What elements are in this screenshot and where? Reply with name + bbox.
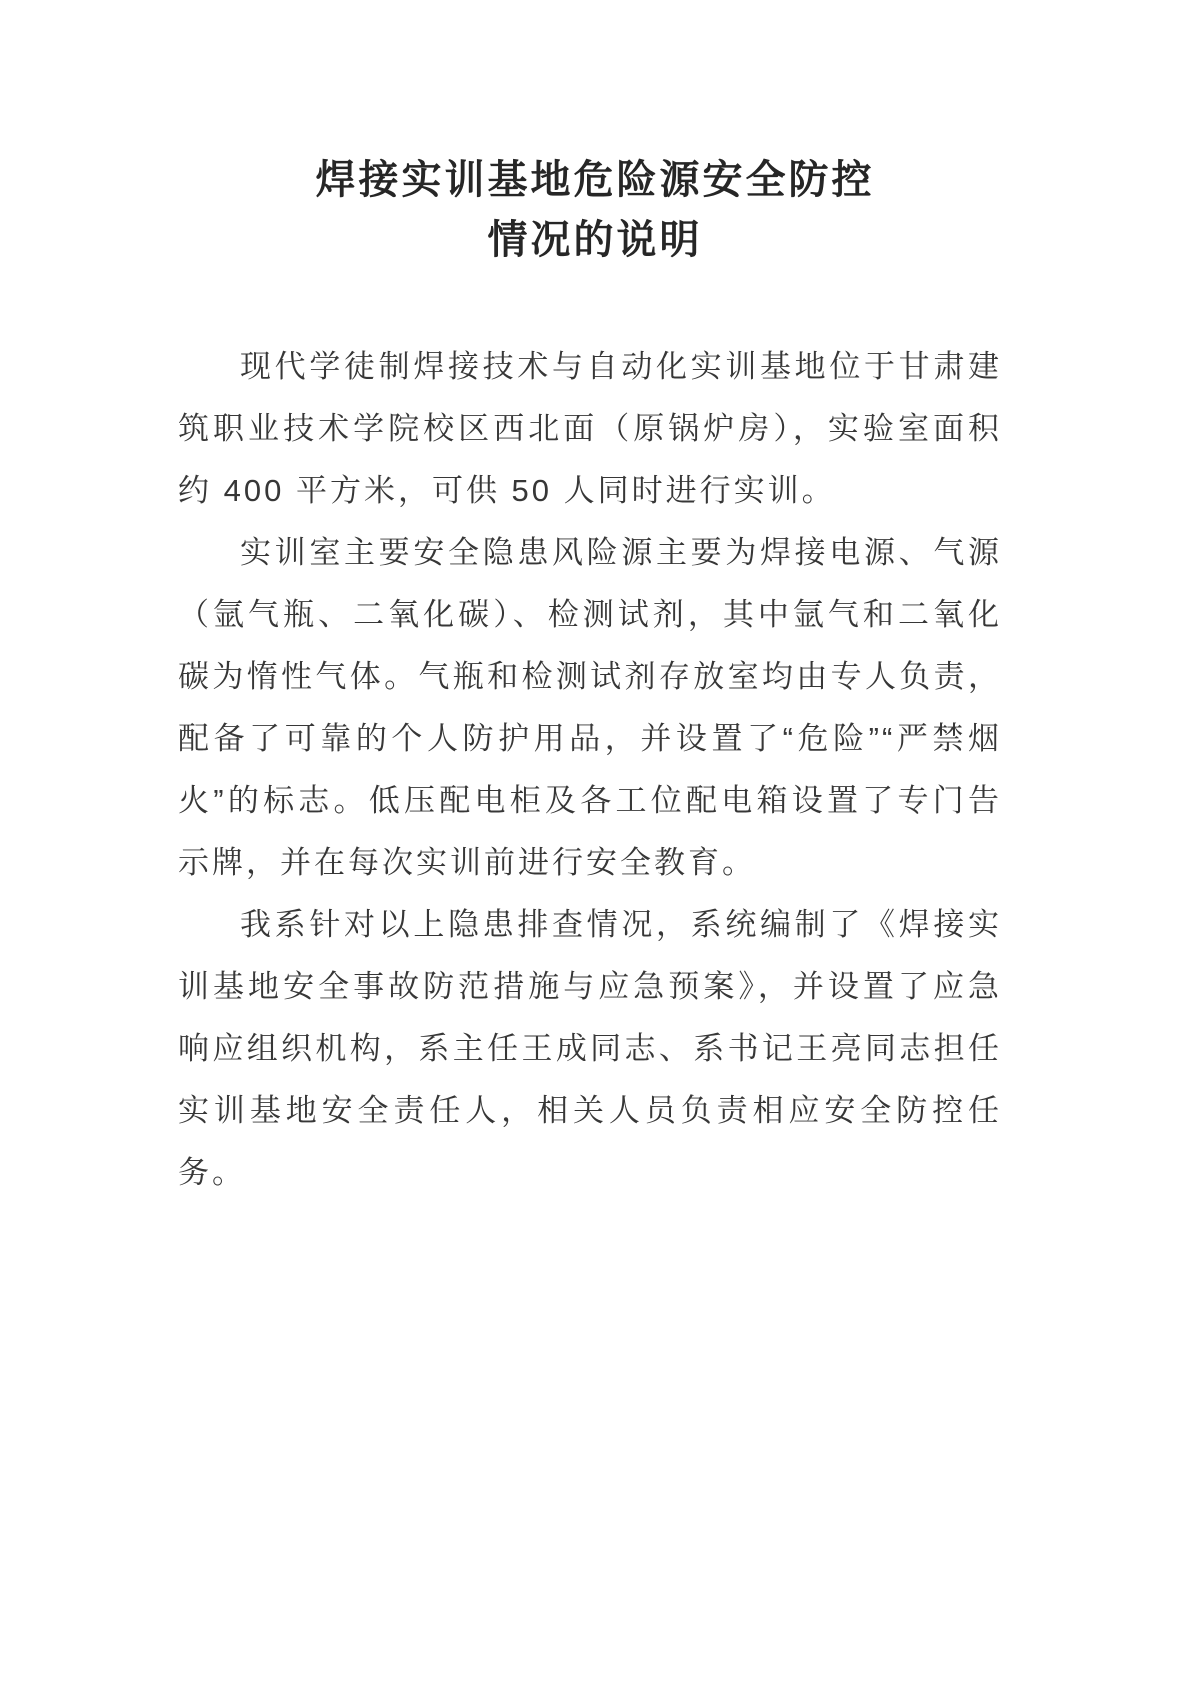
document-body: 现代学徒制焊接技术与自动化实训基地位于甘肃建筑职业技术学院校区西北面（原锅炉房）… [178,336,1002,1204]
document-title-line-1: 焊接实训基地危险源安全防控 [0,150,1190,210]
document-title: 焊接实训基地危险源安全防控 情况的说明 [0,0,1190,270]
paragraph-hazard-sources: 实训室主要安全隐患风险源主要为焊接电源、气源（氩气瓶、二氧化碳）、检测试剂，其中… [178,522,1002,894]
paragraph-emergency-plan: 我系针对以上隐患排查情况，系统编制了《焊接实训基地安全事故防范措施与应急预案》，… [178,894,1002,1204]
document-title-line-2: 情况的说明 [0,210,1190,270]
document-page: 焊接实训基地危险源安全防控 情况的说明 现代学徒制焊接技术与自动化实训基地位于甘… [0,0,1190,1683]
paragraph-location-description: 现代学徒制焊接技术与自动化实训基地位于甘肃建筑职业技术学院校区西北面（原锅炉房）… [178,336,1002,522]
